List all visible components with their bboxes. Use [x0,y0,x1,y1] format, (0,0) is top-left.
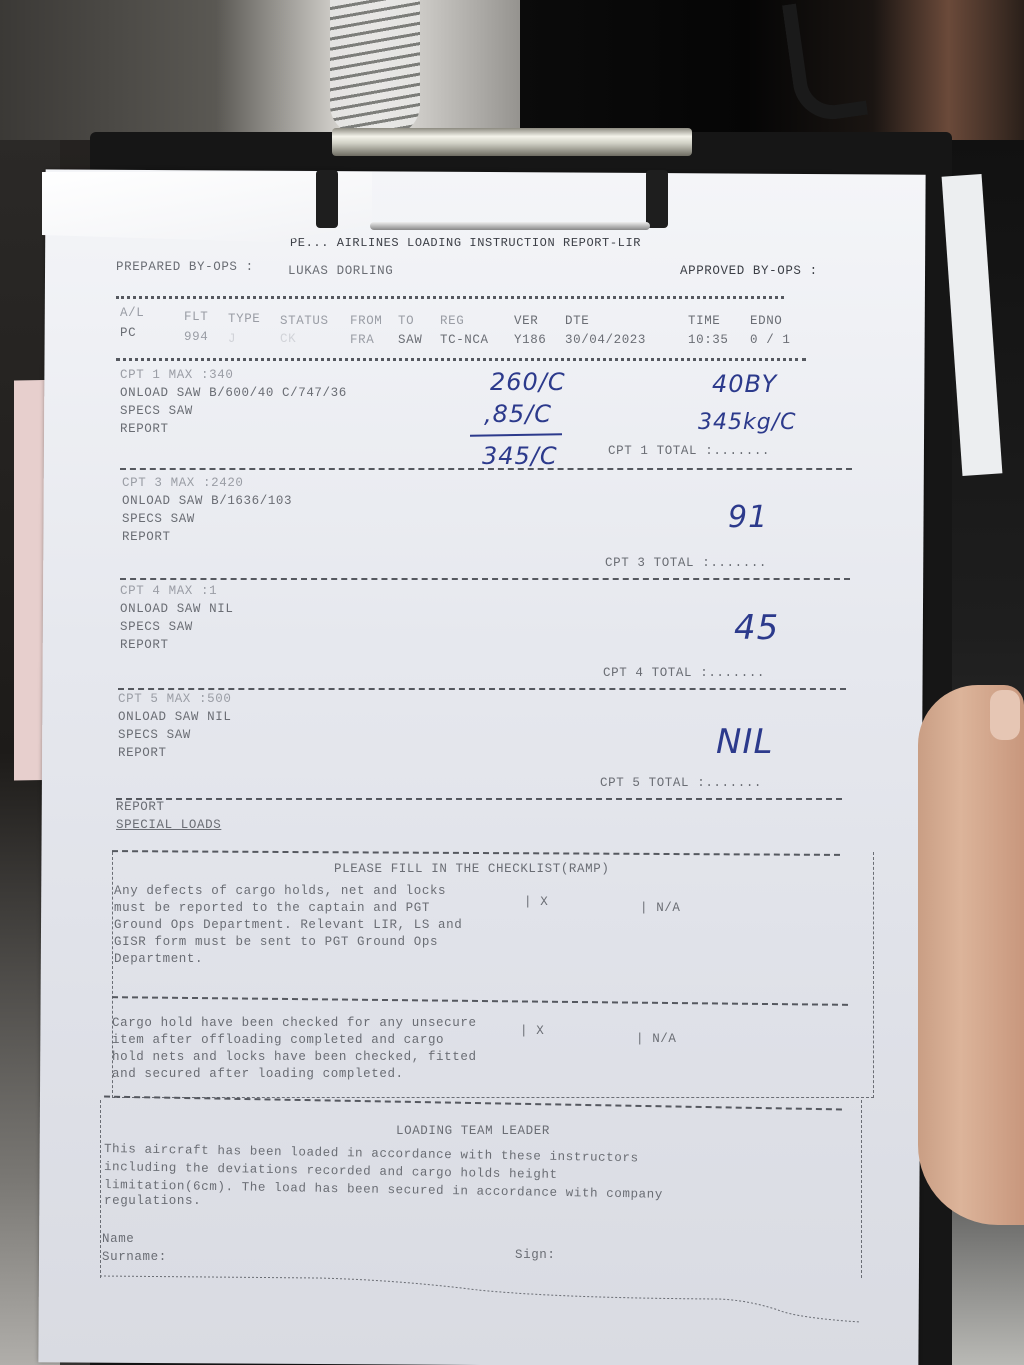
cpt1-total: CPT 1 TOTAL :....... [608,444,770,458]
approved-by-label: APPROVED BY-OPS : [680,264,818,278]
col-to: TO [398,314,414,328]
cpt3-onload: ONLOAD SAW B/1636/103 [122,494,292,508]
cpt4-max: CPT 4 MAX :1 [120,584,217,598]
value-ver: Y186 [514,333,546,347]
handwritten-cpt5-nil: NIL [716,722,773,762]
handwritten-cpt1-bags: 40BY [712,370,777,398]
name-label: Name [102,1232,134,1246]
checklist-text-line: must be reported to the captain and PGT [114,901,430,915]
checklist-option-na[interactable]: | N/A [636,1032,677,1046]
handwritten-cpt1-line2: ,85/C [484,400,552,428]
checklist-text-line: Department. [114,952,203,966]
cpt3-max: CPT 3 MAX :2420 [122,476,244,490]
value-time: 10:35 [688,333,729,347]
cpt5-total: CPT 5 TOTAL :....... [600,776,762,790]
col-time: TIME [688,314,720,328]
handwritten-cpt1-line2-value: 85/C [493,400,552,428]
checklist-text-line: and secured after loading completed. [112,1067,404,1081]
cpt3-specs: SPECS SAW [122,512,195,526]
col-from: FROM [350,314,382,328]
col-dte: DTE [565,314,589,328]
team-leader-text-line: regulations. [104,1194,201,1208]
clip-leg-right [646,170,668,228]
checklist-text-line: Any defects of cargo holds, net and lock… [114,884,446,898]
checklist-option-na[interactable]: | N/A [640,901,681,915]
cpt1-onload: ONLOAD SAW B/600/40 C/747/36 [120,386,347,400]
team-leader-box-bottom-border [98,1270,868,1330]
surname-field[interactable]: Surname: [102,1250,167,1264]
cpt5-specs: SPECS SAW [118,728,191,742]
handwritten-cpt1-weight: 345kg/C [698,410,796,435]
cpt4-report: REPORT [120,638,169,652]
value-dte: 30/04/2023 [565,333,646,347]
col-al: A/L [120,306,144,320]
special-loads-label: SPECIAL LOADS [116,818,221,832]
checklist-text-line: Ground Ops Department. Relevant LIR, LS … [114,918,462,932]
handwritten-cpt1-line1: 260/C [490,368,566,396]
cpt5-max: CPT 5 MAX :500 [118,692,231,706]
cpt4-onload: ONLOAD SAW NIL [120,602,233,616]
col-flt: FLT [184,310,208,324]
dotted-divider [116,358,806,361]
col-edno: EDNO [750,314,782,328]
cpt1-report: REPORT [120,422,169,436]
prepared-by-label: PREPARED BY-OPS : [116,260,254,274]
cpt5-onload: ONLOAD SAW NIL [118,710,231,724]
cpt4-total: CPT 4 TOTAL :....... [603,666,765,680]
handwritten-sum-line [470,433,562,437]
checklist-option-x[interactable]: | X [524,895,548,909]
checklist-title: PLEASE FILL IN THE CHECKLIST(RAMP) [334,862,609,876]
sign-field[interactable]: Sign: [515,1248,556,1262]
value-flt: 994 [184,330,208,344]
prepared-by-value: LUKAS DORLING [288,264,393,278]
value-from: FRA [350,333,374,347]
checklist-text-line: Cargo hold have been checked for any uns… [112,1016,477,1030]
clipboard-clip-icon [332,128,692,156]
cpt3-total: CPT 3 TOTAL :....... [605,556,767,570]
handwritten-cpt3-count: 91 [728,500,768,535]
dotted-divider [116,296,784,299]
cpt3-report: REPORT [122,530,171,544]
col-type: TYPE [228,312,260,326]
clip-leg-left [316,170,338,228]
handwritten-cpt1-sum: 345/C [482,442,558,470]
team-leader-title: LOADING TEAM LEADER [396,1124,550,1138]
dashed-divider [120,578,850,580]
dashed-divider [118,688,846,690]
value-edno: 0 / 1 [750,333,791,347]
value-type: J [228,332,236,346]
value-reg: TC-NCA [440,333,489,347]
report-label: REPORT [116,800,165,814]
handwritten-cpt4-count: 45 [734,608,779,648]
document-title: PE... AIRLINES LOADING INSTRUCTION REPOR… [290,236,641,250]
cpt1-max: CPT 1 MAX :340 [120,368,233,382]
col-ver: VER [514,314,538,328]
checklist-option-x[interactable]: | X [520,1024,544,1038]
col-status: STATUS [280,314,329,328]
checklist-text-line: item after offloading completed and carg… [112,1033,444,1047]
checklist-text-line: GISR form must be sent to PGT Ground Ops [114,935,438,949]
dashed-divider [116,798,842,800]
checklist-text-line: hold nets and locks have been checked, f… [112,1050,477,1064]
cpt4-specs: SPECS SAW [120,620,193,634]
value-status: CK [280,332,296,346]
col-reg: REG [440,314,464,328]
value-to: SAW [398,333,422,347]
value-al: PC [120,326,136,340]
clip-wire [370,222,650,230]
cpt5-report: REPORT [118,746,167,760]
cpt1-specs: SPECS SAW [120,404,193,418]
